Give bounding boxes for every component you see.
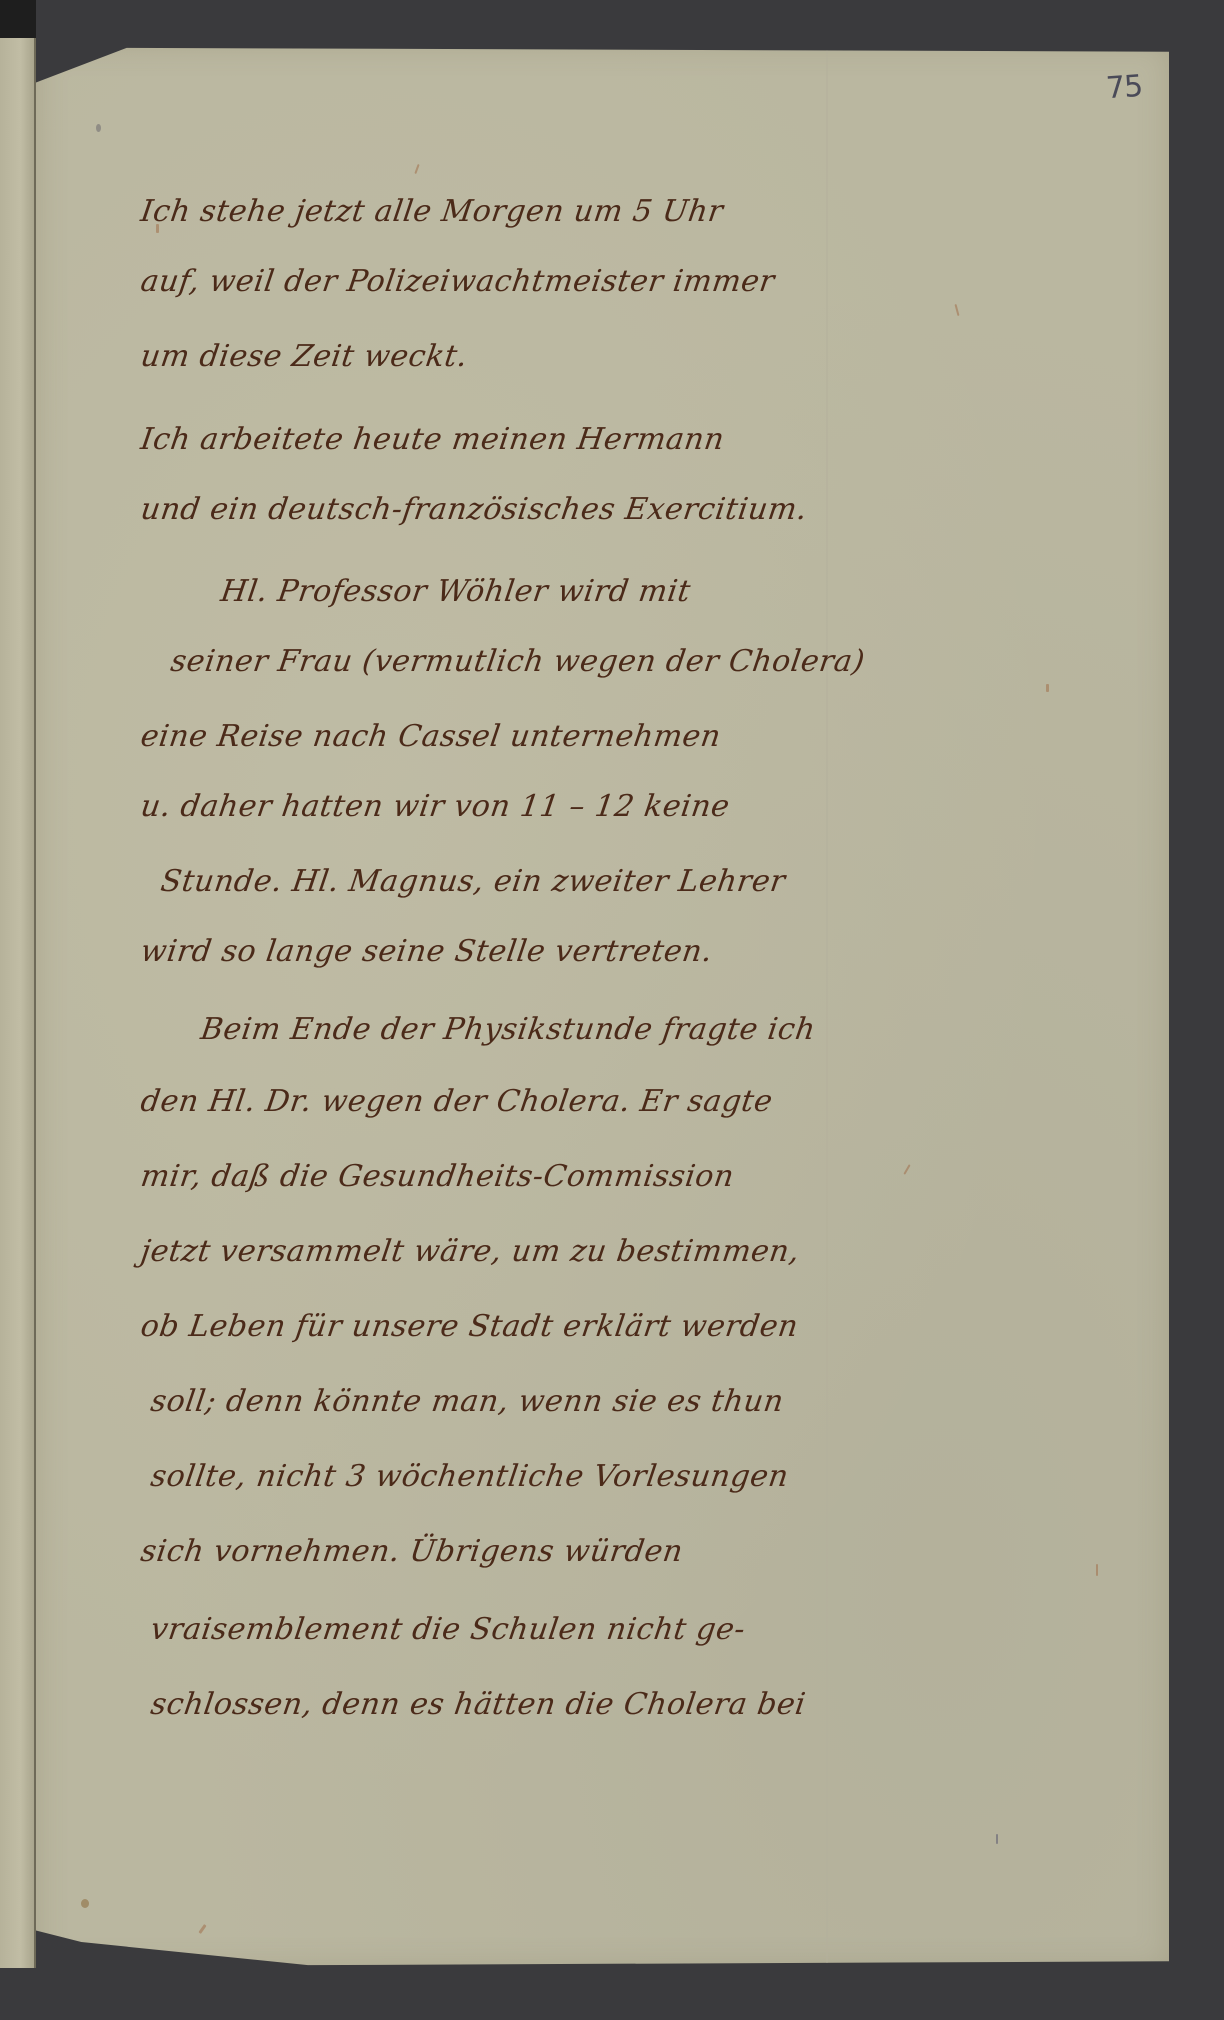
handwritten-line: u. daher hatten wir von 11 – 12 keine (139, 789, 732, 824)
paper-speck (81, 1899, 89, 1908)
folio-number: 75 (1105, 69, 1144, 106)
handwritten-line: Ich arbeitete heute meinen Hermann (139, 422, 727, 457)
paper-speck (903, 1164, 910, 1175)
handwritten-line: seiner Frau (vermutlich wegen der Choler… (169, 644, 868, 679)
handwritten-line: Beim Ende der Physikstunde fragte ich (199, 1012, 818, 1047)
binding-shadow (0, 0, 36, 40)
handwritten-line: wird so lange seine Stelle vertreten. (139, 934, 715, 969)
handwritten-line: Hl. Professor Wöhler wird mit (219, 574, 693, 609)
handwritten-line: den Hl. Dr. wegen der Cholera. Er sagte (139, 1084, 775, 1119)
handwritten-line: jetzt versammelt wäre, um zu bestimmen, (139, 1234, 802, 1269)
handwritten-line: soll; denn könnte man, wenn sie es thun (149, 1384, 786, 1419)
handwritten-line: sollte, nicht 3 wöchentliche Vorlesungen (149, 1459, 791, 1494)
paper-speck (996, 1834, 998, 1844)
paper-speck (96, 124, 101, 132)
handwritten-line: sich vornehmen. Übrigens würden (139, 1534, 686, 1569)
handwritten-line: ob Leben für unsere Stadt erklärt werden (139, 1309, 801, 1344)
handwritten-line: vraisemblement die Schulen nicht ge- (149, 1612, 748, 1647)
document-viewer: 75 Ich stehe jetzt alle Morgen um 5 Uhr … (0, 0, 1224, 2020)
paper-speck (1046, 684, 1049, 692)
handwritten-line: auf, weil der Polizeiwachtmeister immer (139, 264, 777, 299)
paper-speck (954, 304, 959, 316)
handwritten-line: um diese Zeit weckt. (139, 339, 470, 374)
paper-fold-line (826, 44, 828, 1969)
paper-speck (198, 1924, 206, 1934)
paper-speck (1096, 1564, 1098, 1576)
handwritten-line: mir, daß die Gesundheits-Commission (139, 1159, 737, 1194)
handwritten-line: Stunde. Hl. Magnus, ein zweiter Lehrer (159, 864, 788, 899)
handwritten-line: Ich stehe jetzt alle Morgen um 5 Uhr (139, 194, 726, 229)
handwritten-line: eine Reise nach Cassel unternehmen (139, 719, 724, 754)
paper-speck (414, 164, 419, 174)
handwritten-line: und ein deutsch-französisches Exercitium… (139, 492, 810, 527)
adjacent-page-edge (0, 38, 36, 1968)
handwritten-line: schlossen, denn es hätten die Cholera be… (149, 1687, 808, 1722)
manuscript-page: 75 Ich stehe jetzt alle Morgen um 5 Uhr … (36, 44, 1169, 1969)
